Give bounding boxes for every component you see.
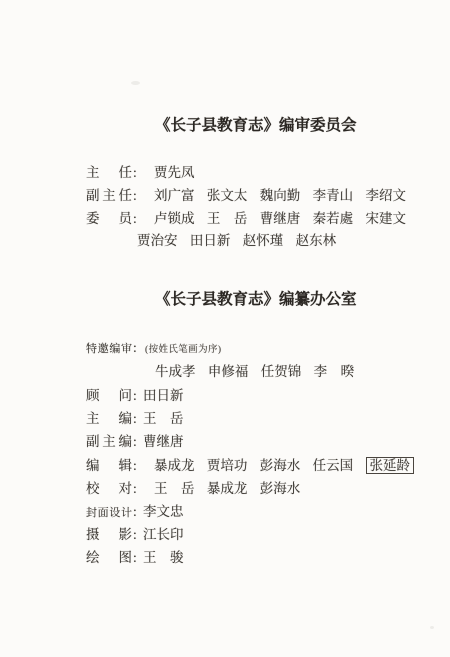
boxed-person-name: 张延龄: [366, 457, 415, 474]
field-label: 主编: [86, 411, 132, 427]
person-name: 曹继唐: [143, 434, 184, 449]
label-colon: :: [132, 481, 143, 497]
label-colon: :: [132, 504, 143, 520]
label-colon: :: [132, 165, 143, 181]
label-colon: :: [132, 411, 143, 427]
office-row-editors: 编辑: 暴成龙 贾培功 彭海水 任云国 张延龄: [86, 457, 414, 474]
person-name: 申修福: [208, 364, 249, 379]
label-colon: :: [132, 434, 143, 450]
office-row-guest-editors: 特邀编审: (按姓氏笔画为序): [86, 340, 221, 358]
field-label: 委员: [86, 211, 132, 227]
person-name: 暴成龙: [154, 458, 195, 473]
committee-row-chairman: 主任: 贾先凤: [86, 165, 204, 181]
person-name: 赵怀瑾: [243, 233, 284, 248]
office-row-guest-editor-names: 牛成孝 申修福 任贺锦 李 暌: [155, 364, 363, 380]
person-name: 田日新: [143, 388, 184, 403]
field-label: 顾问: [86, 388, 132, 404]
office-row-deputy-chief-editor: 副主编: 曹继唐: [86, 434, 193, 450]
person-name: 李 暌: [314, 364, 355, 379]
person-name: 任云国: [313, 458, 354, 473]
person-name: 牛成孝: [155, 364, 196, 379]
person-name: 王 岳: [207, 211, 248, 226]
label-colon: :: [132, 211, 143, 227]
field-label: 副主编: [86, 434, 132, 450]
scan-artifact: [131, 81, 140, 85]
office-row-advisor: 顾问: 田日新: [86, 388, 193, 404]
label-colon: :: [132, 388, 143, 404]
committee-row-members-continued: 贾治安 田日新 赵怀瑾 赵东林: [137, 233, 345, 249]
person-name: 王 岳: [143, 411, 184, 426]
person-name: 彭海水: [260, 481, 301, 496]
label-colon: :: [132, 188, 143, 204]
person-name: 魏向勤: [260, 188, 301, 203]
field-label: 副主任: [86, 188, 132, 204]
label-colon: :: [132, 527, 143, 543]
person-name: 曹继唐: [260, 211, 301, 226]
person-name: 王 岳: [154, 481, 195, 496]
person-name: 秦若處: [313, 211, 354, 226]
office-row-illustration: 绘图: 王 骏: [86, 550, 193, 566]
scan-artifact: [430, 626, 434, 629]
office-row-cover-design: 封面设计: 李文忠: [86, 504, 193, 521]
office-row-photography: 摄影: 江长印: [86, 527, 193, 543]
person-name: 李文忠: [143, 504, 184, 519]
person-name: 贾先凤: [154, 165, 195, 180]
person-name: 暴成龙: [207, 481, 248, 496]
field-label: 封面设计: [86, 505, 132, 521]
person-name: 江长印: [143, 527, 184, 542]
committee-row-members: 委员: 卢锁成 王 岳 曹继唐 秦若處 宋建文: [86, 211, 415, 227]
office-row-proofreaders: 校对: 王 岳 暴成龙 彭海水: [86, 481, 309, 497]
person-name: 贾治安: [137, 233, 178, 248]
committee-title: 《长子县教育志》编审委员会: [155, 113, 357, 135]
person-name: 赵东林: [296, 233, 337, 248]
scanned-document-page: 《长子县教育志》编审委员会 主任: 贾先凤 副主任: 刘广富 张文太 魏向勤 李…: [0, 0, 450, 657]
person-name: 田日新: [190, 233, 231, 248]
person-name: 张文太: [207, 188, 248, 203]
office-row-chief-editor: 主编: 王 岳: [86, 411, 193, 427]
label-colon: :: [132, 550, 143, 566]
sort-order-note: (按姓氏笔画为序): [145, 342, 221, 358]
field-label: 绘图: [86, 550, 132, 566]
label-colon: :: [132, 458, 143, 474]
field-label: 编辑: [86, 458, 132, 474]
field-label: 校对: [86, 481, 132, 497]
office-title: 《长子县教育志》编纂办公室: [155, 287, 357, 309]
field-label: 特邀编审: [86, 341, 132, 357]
field-label: 摄影: [86, 527, 132, 543]
person-name: 刘广富: [154, 188, 195, 203]
person-name: 贾培功: [207, 458, 248, 473]
person-name: 李绍文: [366, 188, 407, 203]
person-name: 彭海水: [260, 458, 301, 473]
person-name: 王 骏: [143, 550, 184, 565]
person-name: 宋建文: [366, 211, 407, 226]
field-label: 主任: [86, 165, 132, 181]
person-name: 李青山: [313, 188, 354, 203]
label-colon: :: [132, 340, 143, 356]
person-name: 任贺锦: [261, 364, 302, 379]
person-name: 卢锁成: [154, 211, 195, 226]
committee-row-vice-chairmen: 副主任: 刘广富 张文太 魏向勤 李青山 李绍文: [86, 188, 415, 204]
